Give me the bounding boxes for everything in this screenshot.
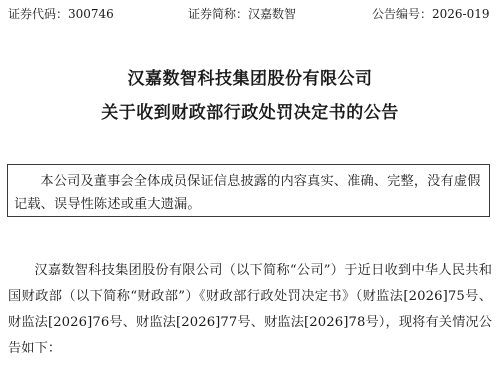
disclosure-statement-box: 本公司及董事会全体成员保证信息披露的内容真实、准确、完整，没有虚假记载、误导性陈… xyxy=(7,164,490,217)
company-title: 汉嘉数智科技集团股份有限公司 xyxy=(0,64,500,89)
announcement-number: 公告编号：2026-019 xyxy=(372,6,490,22)
body-paragraph: 汉嘉数智科技集团股份有限公司（以下简称“公司”）于近日收到中华人民共和国财政部（… xyxy=(8,258,492,362)
document-header: 证券代码：300746 证券简称：汉嘉数智 公告编号：2026-019 xyxy=(0,6,500,22)
announcement-body: 汉嘉数智科技集团股份有限公司（以下简称“公司”）于近日收到中华人民共和国财政部（… xyxy=(8,258,492,362)
disclosure-statement-text: 本公司及董事会全体成员保证信息披露的内容真实、准确、完整，没有虚假记载、误导性陈… xyxy=(14,170,483,216)
security-code: 证券代码：300746 xyxy=(8,6,114,22)
announcement-title: 关于收到财政部行政处罚决定书的公告 xyxy=(0,98,500,123)
security-short-name: 证券简称：汉嘉数智 xyxy=(188,6,296,22)
